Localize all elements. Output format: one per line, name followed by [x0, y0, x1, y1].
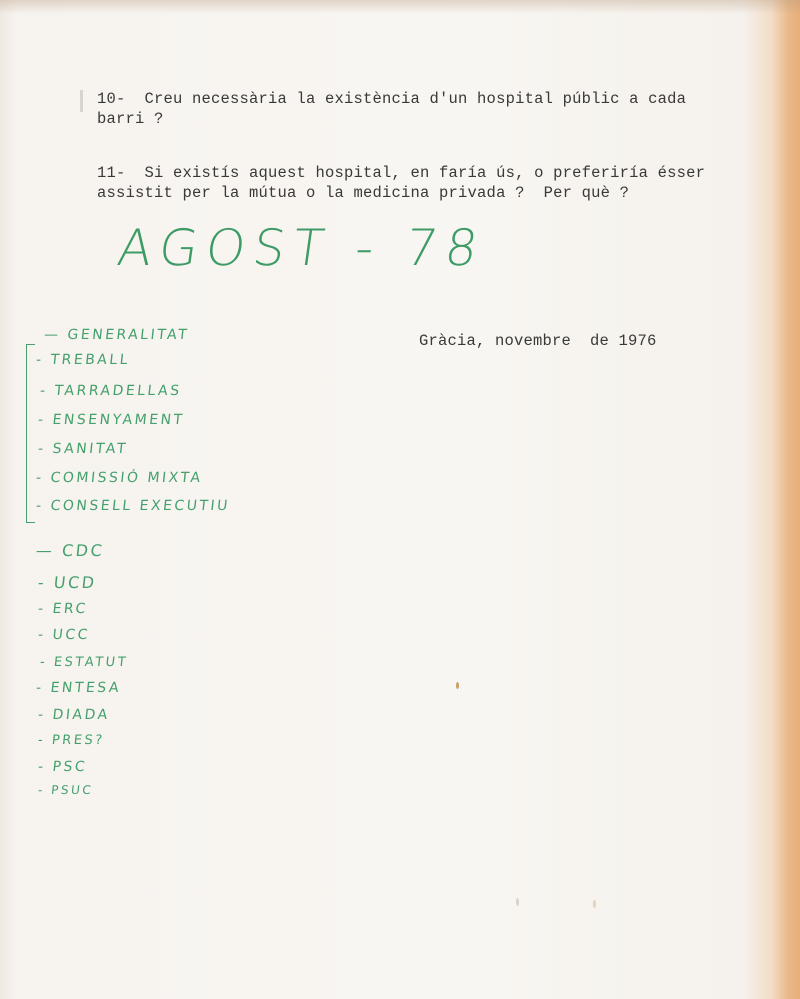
grouped-item: - ENSENYAMENT — [37, 412, 185, 428]
question-11: 11- Si existís aquest hospital, en faría… — [97, 163, 705, 203]
list-item: - ESTATUT — [39, 655, 129, 670]
grouped-item: — GENERALITAT — [43, 327, 190, 343]
page-top-shadow — [0, 0, 800, 14]
list-item: - UCC — [37, 627, 90, 643]
list-item: — CDC — [35, 541, 105, 560]
grouped-item: - TARRADELLAS — [39, 383, 182, 399]
grouped-item: - TREBALL — [35, 352, 131, 368]
grouped-item: - COMISSIÓ MIXTA — [35, 470, 203, 486]
margin-mark — [80, 90, 83, 112]
scanned-page: 10- Creu necessària la existència d'un h… — [0, 0, 800, 999]
grouped-item: - CONSELL EXECUTIU — [35, 498, 230, 514]
list-item: - PRES? — [37, 733, 105, 748]
question-10-line-2: barri ? — [97, 109, 686, 129]
grouped-item: - SANITAT — [37, 441, 129, 457]
handwritten-bracket — [26, 344, 35, 523]
date-line: Gràcia, novembre de 1976 — [419, 331, 657, 351]
list-item: - ENTESA — [35, 680, 122, 696]
question-11-line-2: assistit per la mútua o la medicina priv… — [97, 183, 705, 203]
list-item: - ERC — [37, 601, 88, 617]
list-item: - PSUC — [37, 783, 94, 797]
list-item: - UCD — [37, 573, 98, 592]
list-item: - PSC — [37, 759, 88, 775]
list-item: - DIADA — [37, 707, 110, 723]
handwritten-heading: AGOST - 78 — [114, 218, 490, 278]
question-10-line-1: 10- Creu necessària la existència d'un h… — [97, 89, 686, 109]
question-10: 10- Creu necessària la existència d'un h… — [97, 89, 686, 129]
question-11-line-1: 11- Si existís aquest hospital, en faría… — [97, 163, 705, 183]
paper-speck — [516, 898, 519, 906]
paper-speck — [456, 682, 459, 689]
paper-speck — [593, 900, 596, 908]
